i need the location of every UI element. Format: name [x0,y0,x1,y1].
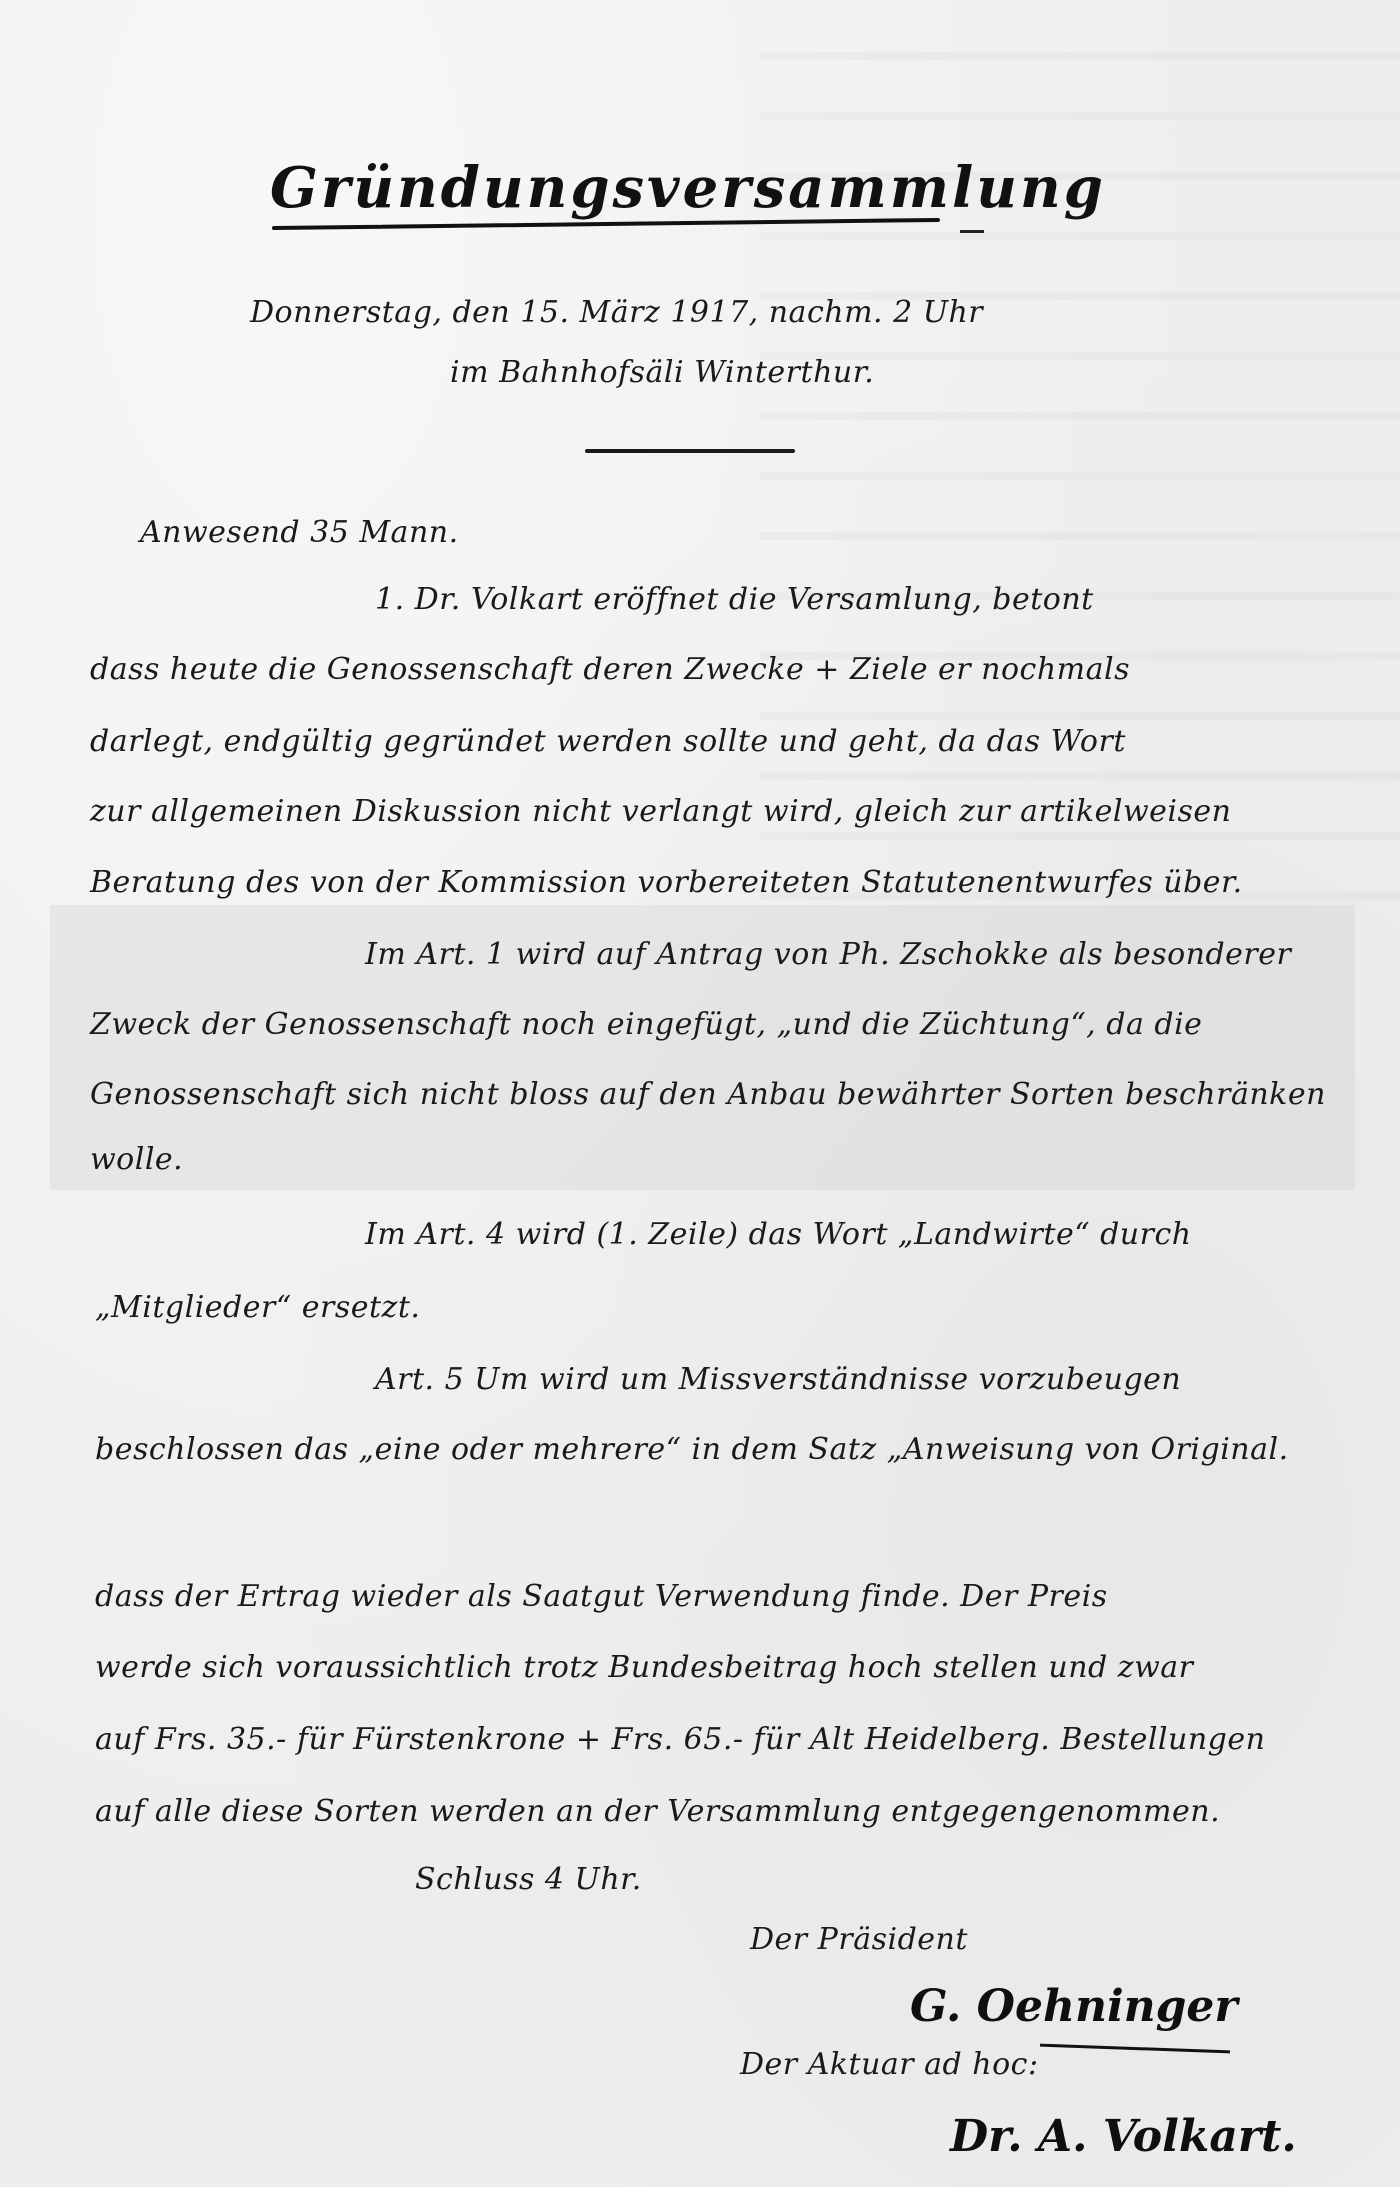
secretary-signature: Dr. A. Volkart. [950,2115,1297,2159]
body-line: beschlossen das „eine oder mehrere“ in d… [95,1435,1289,1465]
body-line: Im Art. 1 wird auf Antrag von Ph. Zschok… [365,940,1291,970]
body-line: wolle. [90,1145,183,1175]
body-line: dass heute die Genossenschaft deren Zwec… [90,655,1130,685]
body-line: Art. 5 Um wird um Missverständnisse vorz… [375,1365,1181,1395]
body-line: zur allgemeinen Diskussion nicht verlang… [90,797,1232,827]
continuation-line: werde sich voraussichtlich trotz Bundesb… [95,1653,1194,1683]
body-line: Beratung des von der Kommission vorberei… [90,868,1243,898]
body-line: Zweck der Genossenschaft noch eingefügt,… [90,1010,1202,1040]
location-line: im Bahnhofsäli Winterthur. [450,358,874,388]
president-label: Der Präsident [750,1925,968,1955]
continuation-line: auf alle diese Sorten werden an der Vers… [95,1797,1220,1827]
attendance-line: Anwesend 35 Mann. [140,518,459,548]
body-line: Im Art. 4 wird (1. Zeile) das Wort „Land… [365,1220,1192,1250]
closing-line: Schluss 4 Uhr. [415,1865,642,1895]
document-title: Gründungsversammlung [270,160,1106,216]
page-bleedthrough [760,0,1400,900]
body-line: Genossenschaft sich nicht bloss auf den … [90,1080,1326,1110]
signature-flourish [1040,2044,1230,2054]
date-line: Donnerstag, den 15. März 1917, nachm. 2 … [250,298,983,328]
president-signature: G. Oehninger [910,1985,1238,2029]
separator-rule [585,449,795,453]
body-line: „Mitglieder“ ersetzt. [95,1293,420,1323]
continuation-line: auf Frs. 35.- für Fürstenkrone + Frs. 65… [95,1725,1265,1755]
body-line: 1. Dr. Volkart eröffnet die Versamlung, … [375,585,1094,615]
body-line: darlegt, endgültig gegründet werden soll… [90,727,1126,757]
title-trailing-dash [960,230,984,233]
secretary-label: Der Aktuar ad hoc: [740,2050,1039,2080]
continuation-line: dass der Ertrag wieder als Saatgut Verwe… [95,1582,1108,1612]
